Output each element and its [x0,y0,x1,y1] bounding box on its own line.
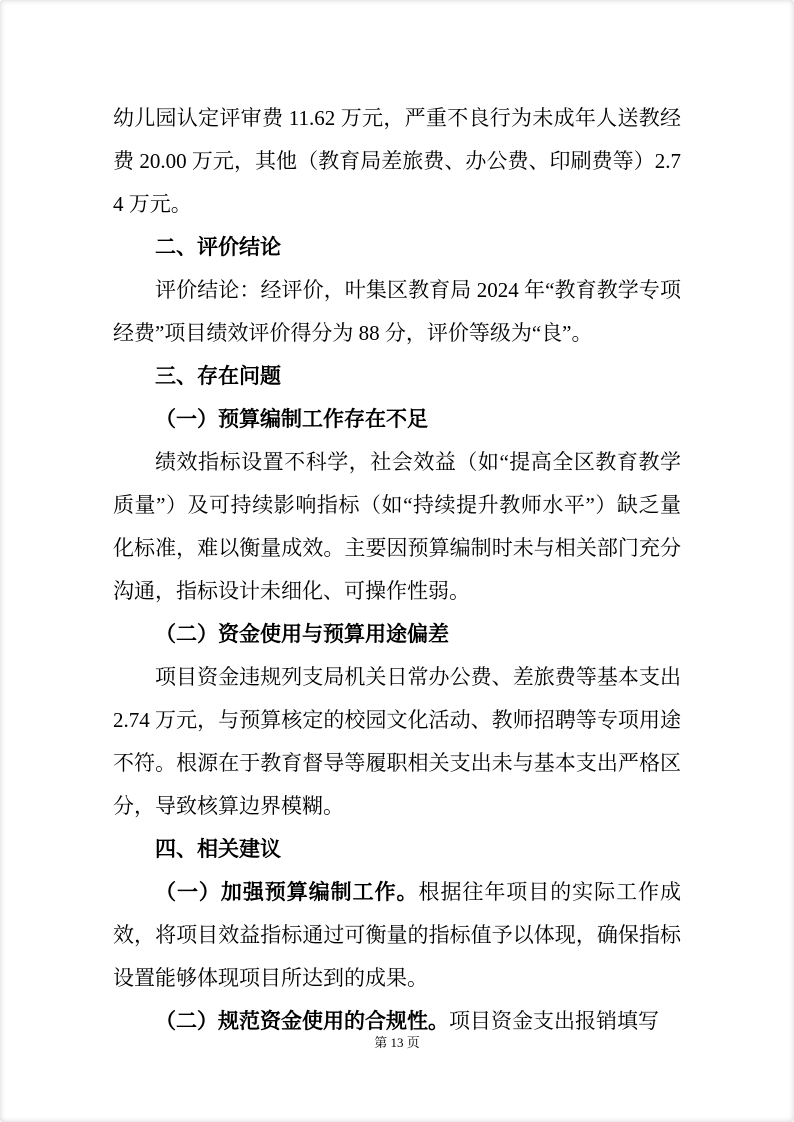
section-heading-recommendations: 四、相关建议 [113,828,681,871]
body-paragraph-fund-deviation-detail: 项目资金违规列支局机关日常办公费、差旅费等基本支出 2.74 万元，与预算核定的… [113,656,681,828]
recommendation-1-bold-lead: （一）加强预算编制工作。 [155,880,418,904]
document-page: 幼儿园认定评审费 11.62 万元，严重不良行为未成年人送教经费 20.00 万… [0,0,794,1122]
body-paragraph-recommendation-1: （一）加强预算编制工作。根据往年项目的实际工作成效，将项目效益指标通过可衡量的指… [113,871,681,1000]
body-paragraph-indicator-issues: 绩效指标设置不科学，社会效益（如“提高全区教育教学质量”）及可持续影响指标（如“… [113,441,681,613]
body-paragraph-funds-breakdown: 幼儿园认定评审费 11.62 万元，严重不良行为未成年人送教经费 20.00 万… [113,97,681,226]
page-number: 第 13 页 [0,1033,794,1053]
body-paragraph-conclusion: 评价结论：经评价，叶集区教育局 2024 年“教育教学专项经费”项目绩效评价得分… [113,269,681,355]
recommendation-2-bold-lead: （二）规范资金使用的合规性。 [155,1009,449,1033]
document-content: 幼儿园认定评审费 11.62 万元，严重不良行为未成年人送教经费 20.00 万… [113,0,681,1043]
subsection-heading-budget-deficiency: （一）预算编制工作存在不足 [113,398,681,441]
section-heading-evaluation-conclusion: 二、评价结论 [113,226,681,269]
subsection-heading-fund-usage-deviation: （二）资金使用与预算用途偏差 [113,613,681,656]
recommendation-2-text: 项目资金支出报销填写 [449,1009,659,1033]
section-heading-existing-problems: 三、存在问题 [113,355,681,398]
